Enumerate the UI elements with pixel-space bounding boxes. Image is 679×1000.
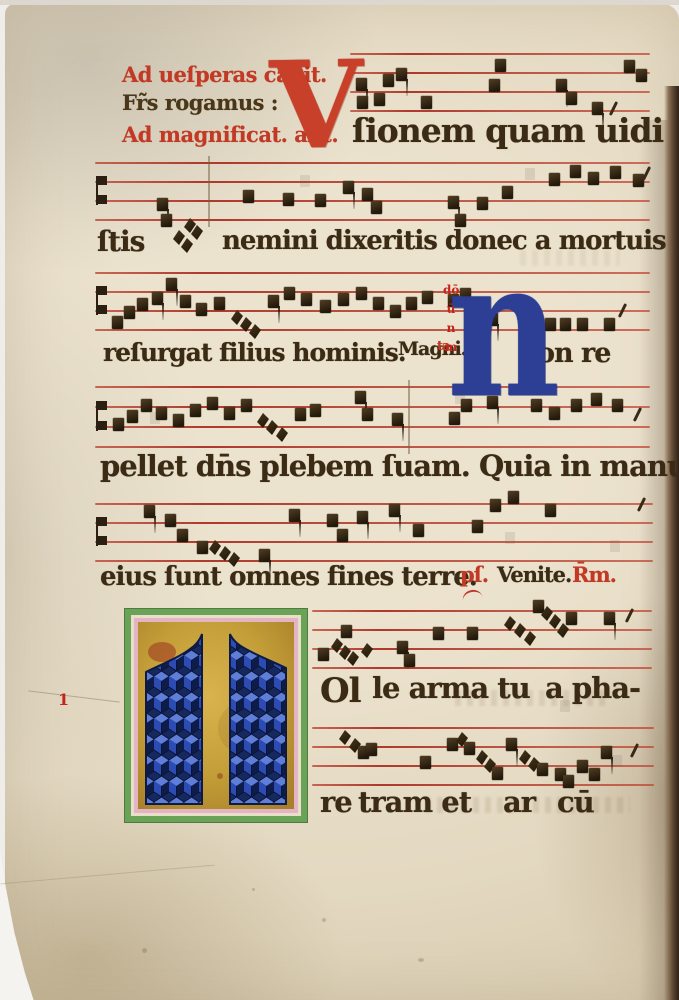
chant-text-segment: tram et xyxy=(358,788,471,817)
initial-n-guide-letter: ū xyxy=(443,300,459,319)
initial-n-guide-letter: dō xyxy=(443,281,459,300)
initial-t-artwork xyxy=(124,608,308,823)
chant-text-segment: le arma tu xyxy=(372,674,530,703)
chant-text-segment: ſionem quam uidi xyxy=(352,114,663,147)
chant-text-segment: nemini dixeritis donec a mortuis xyxy=(222,228,666,254)
chant-text-segment: ar xyxy=(503,788,535,817)
chant-text-segment: pellet dn̄s plebem ſuam. Quia in manu xyxy=(100,452,679,481)
rubric-text-segment: R̄m. xyxy=(572,564,616,585)
chant-text-segment: reſurgat filius hominis. xyxy=(103,340,406,365)
initial-n-guide-letter: m xyxy=(443,338,459,357)
chant-text-segment: re xyxy=(320,788,352,817)
chant-text-segment: Ol xyxy=(320,674,361,708)
initial-v-red: V xyxy=(269,45,364,167)
rubric-text-segment: pſ. xyxy=(460,564,488,585)
initial-n-guide-letter: n xyxy=(443,319,459,338)
manuscript-photo: ſionem quam uidiſtisnemini dixeritis don… xyxy=(0,0,679,1000)
rubric-capitulum-cue: Fr̃s rogamus : xyxy=(122,92,278,113)
initial-n-side-note: dōūnm xyxy=(443,281,459,357)
initial-t-illuminated xyxy=(124,608,308,823)
chant-text-segment: eius ſunt omnes fines terre. xyxy=(100,564,477,590)
chant-text-segment: ſtis xyxy=(97,228,144,256)
margin-numeral: 1 xyxy=(58,690,69,709)
initial-n-blue: n xyxy=(447,234,560,424)
chant-text-segment: a pha- xyxy=(545,674,640,703)
chant-text-segment: cū xyxy=(557,788,594,817)
chant-text-segment: Venite. xyxy=(497,564,571,585)
